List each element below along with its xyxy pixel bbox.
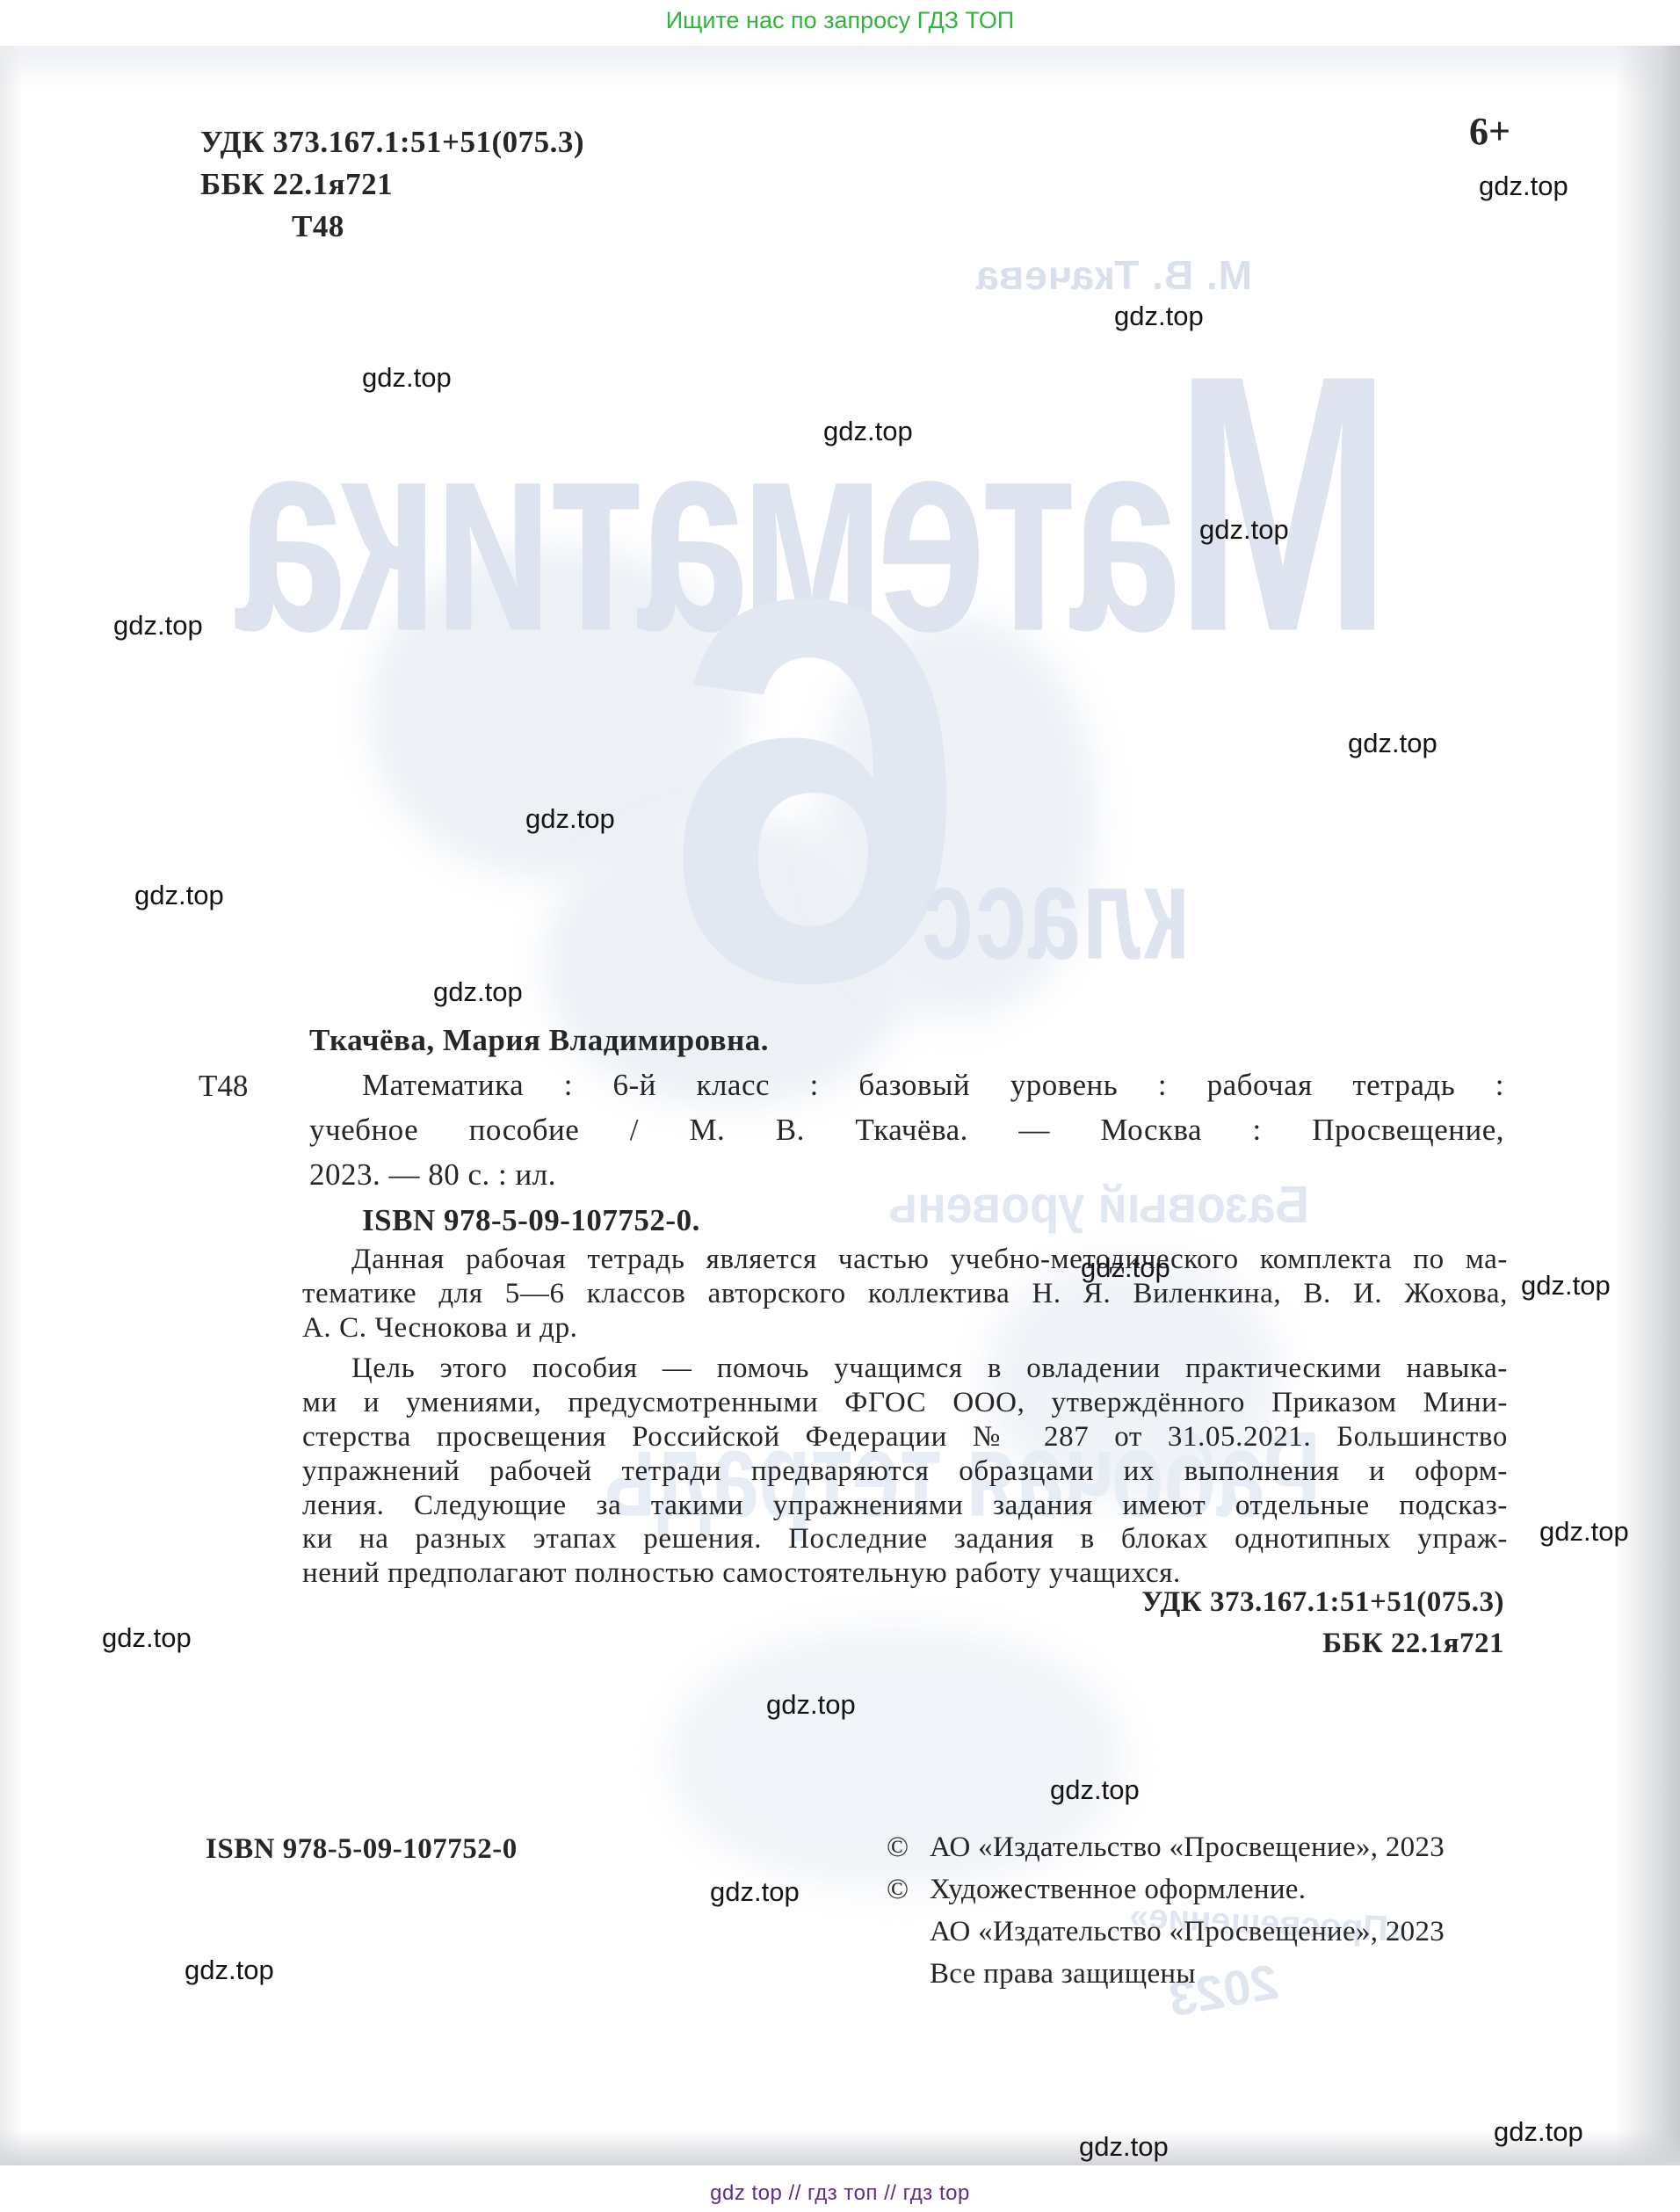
bleed-cover-author: М. В. Ткачева (975, 251, 1252, 299)
page-edge-bottom-shadow (0, 2130, 1680, 2165)
annotation-line: Данная рабочая тетрадь является частью у… (302, 1243, 1508, 1277)
annotation: Данная рабочая тетрадь является частью у… (302, 1243, 1508, 1591)
udk-code: УДК 373.167.1:51+51(075.3) (200, 121, 584, 163)
gdz-watermark: gdz.top (1494, 2116, 1583, 2148)
annotation-line: ки на разных этапах решения. Последние з… (302, 1522, 1508, 1556)
copyright-text: Все права защищены (930, 1953, 1196, 1995)
gdz-watermark: gdz.top (134, 880, 224, 911)
entry-line: учебное пособие / М. В. Ткачёва. — Москв… (309, 1107, 1504, 1152)
page-edge-top (0, 46, 1680, 91)
imprint-codes-block: УДК 373.167.1:51+51(075.3) ББК 22.1я721 … (200, 121, 584, 248)
copyright-line: АО «Издательство «Просвещение», 2023 (887, 1911, 1445, 1953)
footer-watermark-line: gdz top // гдз топ // гдз top (0, 2181, 1680, 2206)
copyright-line: ©АО «Издательство «Просвещение», 2023 (887, 1826, 1445, 1868)
gdz-watermark: gdz.top (362, 362, 452, 394)
copyright-text: АО «Издательство «Просвещение», 2023 (930, 1911, 1445, 1953)
annotation-line: упражнений рабочей тетради предваряются … (302, 1454, 1508, 1489)
bibliographic-entry: Ткачёва, Мария Владимировна. Математика … (309, 1018, 1504, 1243)
annotation-line: А. С. Чеснокова и др. (302, 1311, 1508, 1345)
gdz-watermark: gdz.top (1348, 728, 1437, 759)
bleed-title-initial: М (1181, 299, 1392, 707)
entry-lines: Математика : 6-й класс : базовый уровень… (309, 1062, 1504, 1197)
annotation-line: Цель этого пособия — помочь учащимся в о… (302, 1352, 1508, 1386)
gdz-watermark: gdz.top (710, 1876, 800, 1908)
bleed-illustration-blob (817, 615, 1098, 1019)
annotation-paragraph-2: Цель этого пособия — помочь учащимся в о… (302, 1352, 1508, 1591)
entry-line: 2023. — 80 с. : ил. (309, 1152, 1504, 1197)
copyright-text: Художественное оформление. (930, 1868, 1306, 1911)
copyright-mark (887, 1953, 930, 1995)
bbk-code-footer: ББК 22.1я721 (1141, 1623, 1504, 1664)
udk-code-footer: УДК 373.167.1:51+51(075.3) (1141, 1582, 1504, 1623)
gdz-watermark: gdz.top (113, 610, 203, 642)
gdz-watermark: gdz.top (1539, 1516, 1629, 1548)
gdz-watermark: gdz.top (1079, 2131, 1169, 2163)
gdz-watermark: gdz.top (823, 416, 913, 447)
bbk-code: ББК 22.1я721 (200, 163, 584, 206)
promo-banner: Ищите нас по запросу ГДЗ ТОП (0, 7, 1680, 34)
gdz-watermark: gdz.top (102, 1622, 192, 1654)
annotation-line: ми и умениями, предусмотренными ФГОС ООО… (302, 1386, 1508, 1420)
copyright-block: ©АО «Издательство «Просвещение», 2023©Ху… (887, 1826, 1445, 1995)
gdz-watermark: gdz.top (1199, 514, 1289, 546)
copyright-line: Все права защищены (887, 1953, 1445, 1995)
scanned-book-imprint-page: Ищите нас по запросу ГДЗ ТОП М. В. Ткаче… (0, 0, 1680, 2212)
entry-code: Т48 (199, 1069, 248, 1104)
annotation-line: ления. Следующие за такими упражнениями … (302, 1489, 1508, 1523)
copyright-mark: © (887, 1868, 930, 1911)
gdz-watermark: gdz.top (1521, 1270, 1611, 1302)
isbn-entry: ISBN 978-5-09-107752-0. (309, 1198, 1504, 1243)
author-heading: Ткачёва, Мария Владимировна. (309, 1018, 1504, 1062)
gdz-watermark: gdz.top (1050, 1774, 1140, 1806)
copyright-mark: © (887, 1826, 930, 1868)
isbn-bottom: ISBN 978-5-09-107752-0 (206, 1833, 518, 1866)
age-rating-badge: 6+ (1469, 109, 1510, 154)
page-edge-right-shadow (1615, 46, 1680, 2162)
author-sign-code: Т48 (200, 206, 584, 248)
gdz-watermark: gdz.top (1081, 1252, 1170, 1284)
annotation-line: стерства просвещения Российской Федераци… (302, 1420, 1508, 1454)
gdz-watermark: gdz.top (433, 976, 523, 1008)
gdz-watermark: gdz.top (525, 803, 615, 835)
copyright-mark (887, 1911, 930, 1953)
gdz-watermark: gdz.top (185, 1955, 274, 1986)
gdz-watermark: gdz.top (1479, 170, 1568, 202)
annotation-line: тематике для 5—6 классов авторского колл… (302, 1277, 1508, 1311)
entry-line: Математика : 6-й класс : базовый уровень… (309, 1062, 1504, 1107)
gdz-watermark: gdz.top (766, 1689, 856, 1721)
page-edge-left (0, 46, 23, 2162)
copyright-text: АО «Издательство «Просвещение», 2023 (930, 1826, 1445, 1868)
copyright-line: ©Художественное оформление. (887, 1868, 1445, 1911)
gdz-watermark: gdz.top (1114, 301, 1204, 332)
annotation-paragraph-1: Данная рабочая тетрадь является частью у… (302, 1243, 1508, 1345)
imprint-codes-footer: УДК 373.167.1:51+51(075.3) ББК 22.1я721 (1141, 1582, 1504, 1664)
